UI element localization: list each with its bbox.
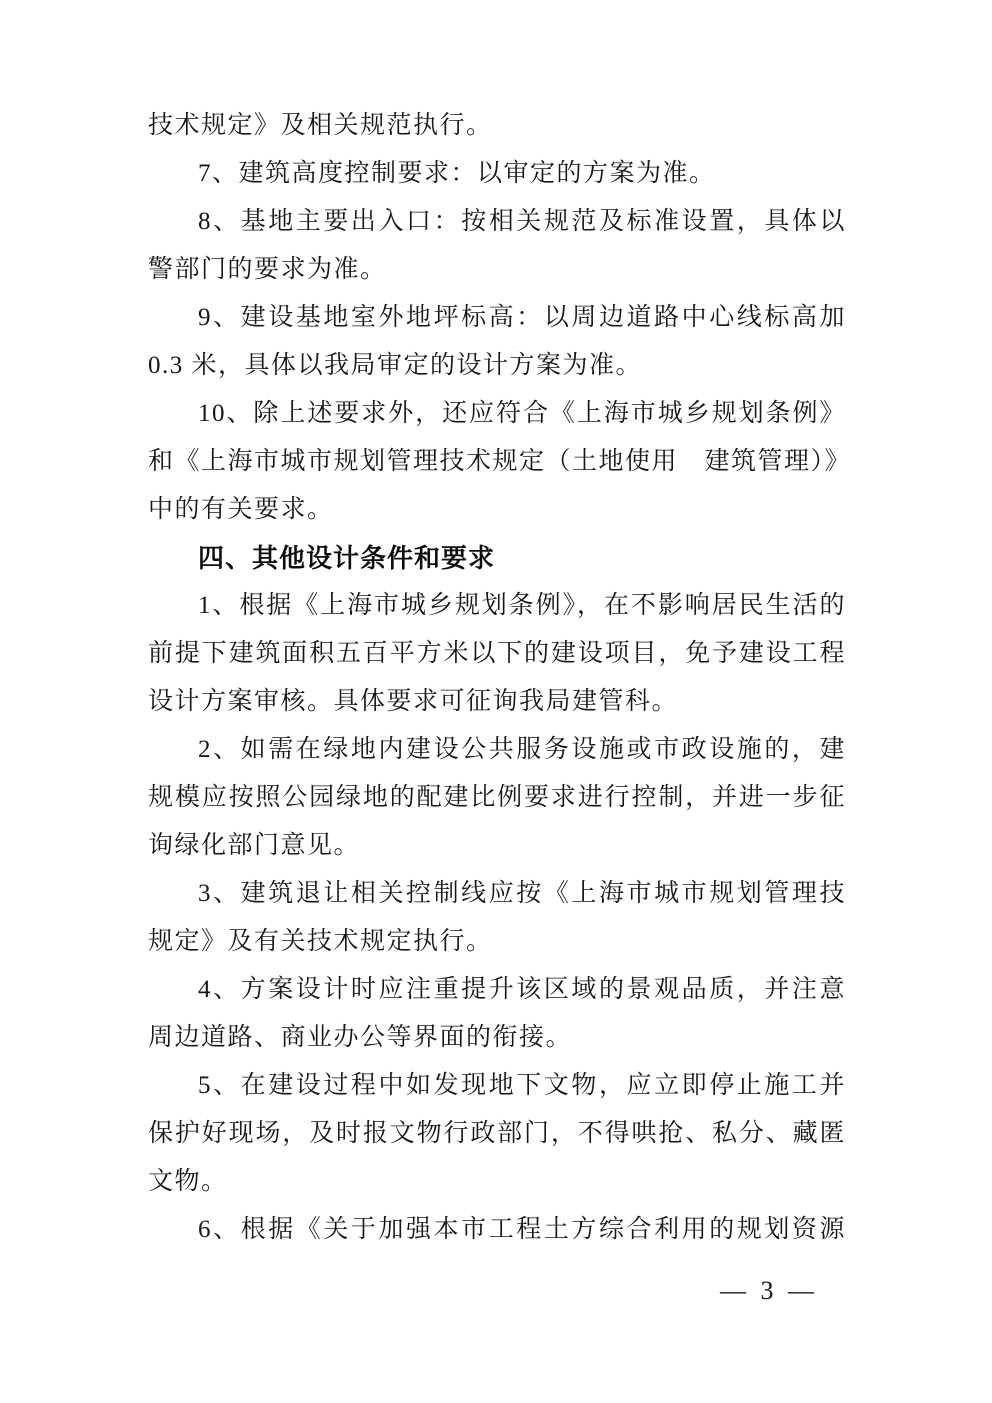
- document-line: 周边道路、商业办公等界面的衔接。: [148, 1014, 846, 1062]
- document-line: 10、除上述要求外，还应符合《上海市城乡规划条例》: [148, 390, 846, 438]
- document-line: 5、在建设过程中如发现地下文物，应立即停止施工并并: [148, 1062, 846, 1110]
- document-line: 1、根据《上海市城乡规划条例》，在不影响居民生活的: [148, 582, 846, 630]
- section-heading: 四、其他设计条件和要求: [148, 534, 846, 582]
- document-line: 中的有关要求。: [148, 486, 846, 534]
- document-line: 文物。: [148, 1158, 846, 1206]
- document-page: 技术规定》及相关规范执行。7、建筑高度控制要求：以审定的方案为准。8、基地主要出…: [0, 0, 992, 1403]
- document-line: 9、建设基地室外地坪标高：以周边道路中心线标高加上: [148, 294, 846, 342]
- document-line: 8、基地主要出入口：按相关规范及标准设置，具体以交: [148, 198, 846, 246]
- document-line: 设计方案审核。具体要求可征询我局建管科。: [148, 678, 846, 726]
- document-line: 0.3 米，具体以我局审定的设计方案为准。: [148, 342, 846, 390]
- document-body: 技术规定》及相关规范执行。7、建筑高度控制要求：以审定的方案为准。8、基地主要出…: [148, 102, 846, 1254]
- document-line: 和《上海市城市规划管理技术规定（土地使用 建筑管理）》: [148, 438, 846, 486]
- document-line: 2、如需在绿地内建设公共服务设施或市政设施的，建设: [148, 726, 846, 774]
- document-line: 3、建筑退让相关控制线应按《上海市城市规划管理技术: [148, 870, 846, 918]
- document-line: 6、根据《关于加强本市工程土方综合利用的规划资源管: [148, 1206, 846, 1254]
- document-line: 4、方案设计时应注重提升该区域的景观品质，并注意与: [148, 966, 846, 1014]
- document-line: 技术规定》及相关规范执行。: [148, 102, 846, 150]
- document-line: 询绿化部门意见。: [148, 822, 846, 870]
- document-line: 前提下建筑面积五百平方米以下的建设项目，免予建设工程: [148, 630, 846, 678]
- document-line: 规模应按照公园绿地的配建比例要求进行控制，并进一步征: [148, 774, 846, 822]
- document-line: 7、建筑高度控制要求：以审定的方案为准。: [148, 150, 846, 198]
- document-line: 保护好现场，及时报文物行政部门，不得哄抢、私分、藏匿: [148, 1110, 846, 1158]
- document-line: 警部门的要求为准。: [148, 246, 846, 294]
- document-line: 规定》及有关技术规定执行。: [148, 918, 846, 966]
- page-footer: — 3 —: [720, 1276, 818, 1306]
- page-number: — 3 —: [720, 1276, 818, 1305]
